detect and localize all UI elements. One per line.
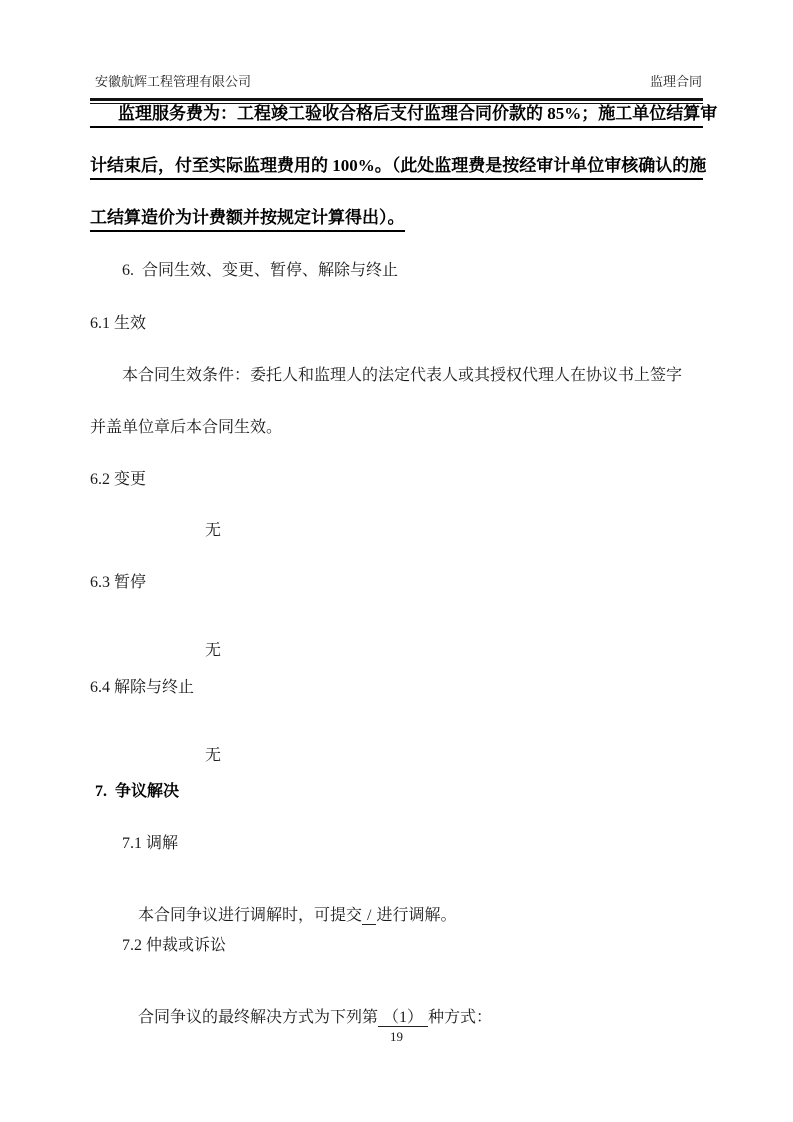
section-6-1-heading: 6.1 生效 [90,314,146,334]
section-7-2-sentence-post: 种方式： [428,1009,492,1026]
fee-clause-line-1: 监理服务费为：工程竣工验收合格后支付监理合同价款的 85%；施工单位结算审 [90,104,703,128]
section-6-1-body-line-1: 本合同生效条件：委托人和监理人的法定代表人或其授权代理人在协议书上签字 [122,366,682,386]
section-6-4-heading: 6.4 解除与终止 [90,678,194,698]
fee-clause-line-3: 工结算造价为计费额并按规定计算得出）。 [90,208,405,232]
section-6-1-body-line-2: 并盖单位章后本合同生效。 [90,418,282,438]
section-7-2-sentence-pre: 合同争议的最终解决方式为下列第 [138,1009,378,1026]
page-number: 19 [0,1029,793,1045]
section-6-4-value: 无 [205,746,221,766]
section-6-2-value: 无 [205,521,221,541]
section-7-heading: 7. 争议解决 [95,782,179,802]
document-page: 安徽航辉工程管理有限公司 监理合同 监理服务费为：工程竣工验收合格后支付监理合同… [0,0,793,1122]
header-document-type: 监理合同 [650,74,702,90]
header-company-name: 安徽航辉工程管理有限公司 [95,74,251,90]
fee-clause-line-2: 计结束后，付至实际监理费用的 100%。（此处监理费是按经审计单位审核确认的施 [90,156,703,180]
section-6-3-heading: 6.3 暂停 [90,573,146,593]
section-6-2-heading: 6.2 变更 [90,470,146,490]
section-7-1-sentence-pre: 本合同争议进行调解时，可提交 [138,907,362,924]
section-6-3-value: 无 [205,641,221,661]
section-7-1-sentence-post: 进行调解。 [376,907,456,924]
section-7-2-fill-in-blank: （1） [378,1009,428,1027]
section-6-heading: 6. 合同生效、变更、暂停、解除与终止 [122,261,398,281]
section-7-1-heading: 7.1 调解 [122,834,178,854]
section-7-1-fill-in-blank: / [362,907,376,925]
section-7-2-heading: 7.2 仲裁或诉讼 [122,936,226,956]
